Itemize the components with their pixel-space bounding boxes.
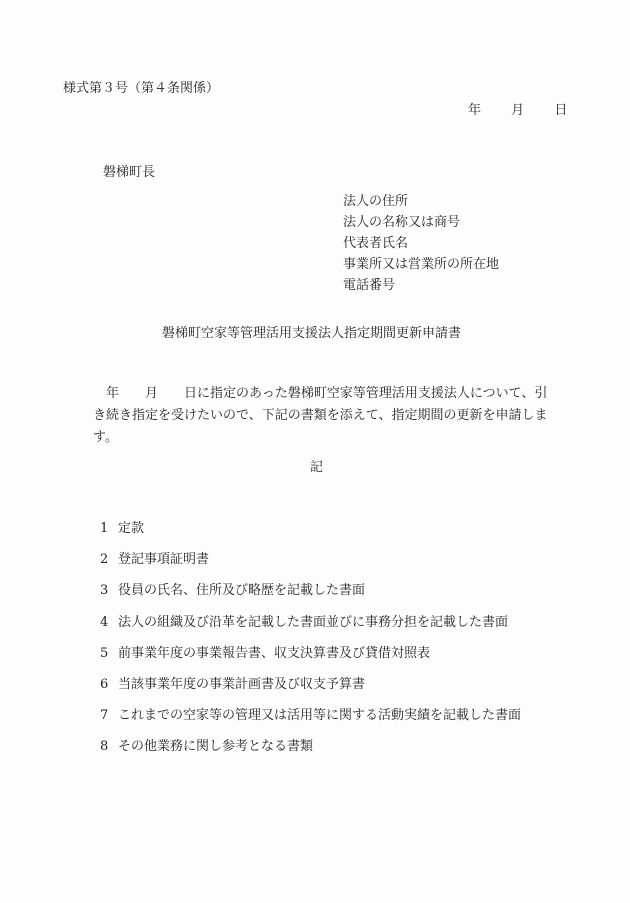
list-item: 8その他業務に関し参考となる書類 [100,739,521,770]
date-line: 年 月 日 [468,104,567,117]
body-line-3: す。 [93,427,583,449]
list-item: 1定款 [100,521,521,552]
list-item: 3役員の氏名、住所及び略歴を記載した書面 [100,583,521,614]
applicant-field-address: 法人の住所 [343,195,408,208]
ki-heading: 記 [310,461,323,474]
applicant-field-representative: 代表者氏名 [343,237,408,250]
form-number: 様式第３号（第４条関係） [63,82,219,95]
list-item: 4法人の組織及び沿革を記載した書面並びに事務分担を記載した書面 [100,615,521,646]
body-line-2: き続き指定を受けたいので、下記の書類を添えて、指定期間の更新を申請しま [93,405,583,427]
document-title: 磐梯町空家等管理活用支援法人指定期間更新申請書 [162,327,461,340]
body-paragraph: 年 月 日に指定のあった磐梯町空家等管理活用支援法人について、引 き続き指定を受… [93,383,583,449]
date-year: 年 [468,104,481,117]
applicant-field-phone: 電話番号 [343,279,395,292]
applicant-field-name: 法人の名称又は商号 [343,216,460,229]
body-line-1: 年 月 日に指定のあった磐梯町空家等管理活用支援法人について、引 [93,383,583,405]
document-list: 1定款 2登記事項証明書 3役員の氏名、住所及び略歴を記載した書面 4法人の組織… [100,521,521,771]
applicant-field-office-location: 事業所又は営業所の所在地 [343,258,499,271]
list-item: 5前事業年度の事業報告書、収支決算書及び貸借対照表 [100,646,521,677]
list-item: 2登記事項証明書 [100,552,521,583]
date-day: 日 [554,104,567,117]
list-item: 7これまでの空家等の管理又は活用等に関する活動実績を記載した書面 [100,708,521,739]
addressee: 磐梯町長 [103,166,155,179]
list-item: 6当該事業年度の事業計画書及び収支予算書 [100,677,521,708]
document-page: 様式第３号（第４条関係） 年 月 日 磐梯町長 法人の住所 法人の名称又は商号 … [0,0,630,903]
date-month: 月 [511,104,524,117]
